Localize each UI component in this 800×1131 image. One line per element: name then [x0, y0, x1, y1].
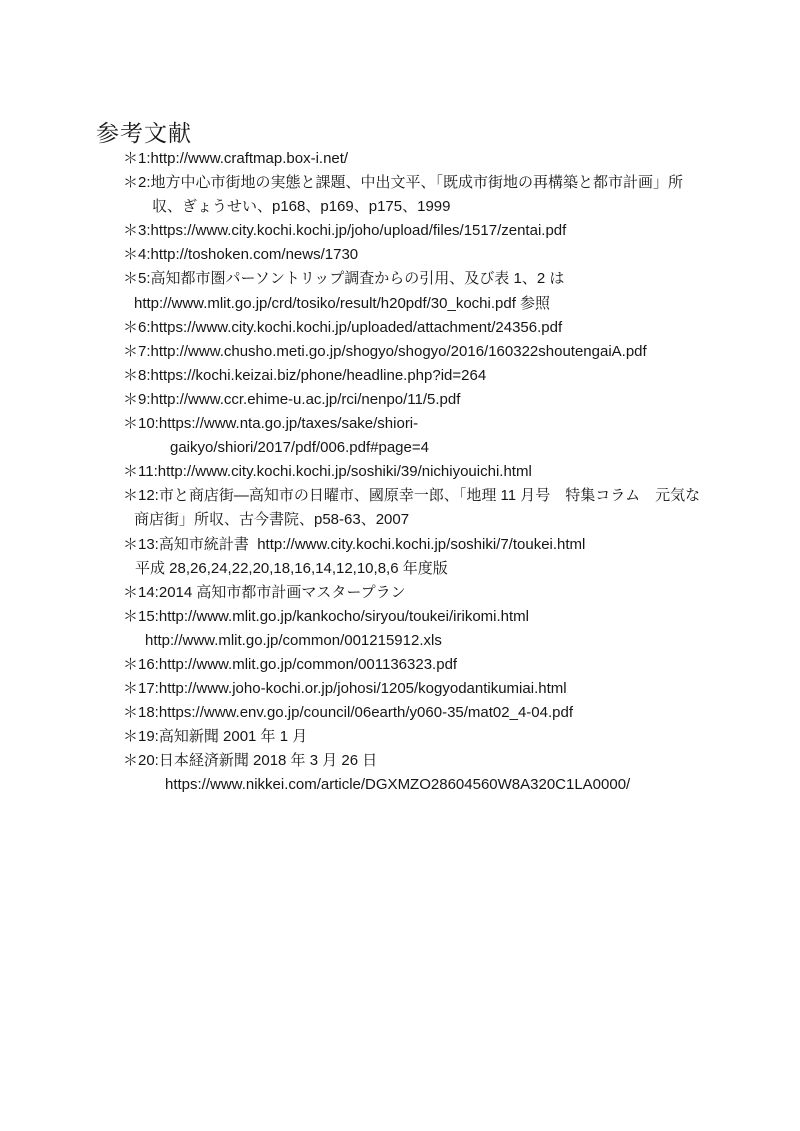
reference-item: ＊17:http://www.joho-kochi.or.jp/johosi/1… — [123, 677, 743, 701]
reference-continuation-line: gaikyo/shiori/2017/pdf/006.pdf#page=4 — [123, 436, 743, 460]
reference-item: ＊7:http://www.chusho.meti.go.jp/shogyo/s… — [123, 340, 743, 364]
reference-entry-line: ＊20:日本経済新聞 2018 年 3 月 26 日 — [123, 749, 743, 773]
reference-continuation-line: 平成 28,26,24,22,20,18,16,14,12,10,8,6 年度版 — [123, 557, 743, 581]
reference-item: ＊11:http://www.city.kochi.kochi.jp/soshi… — [123, 460, 743, 484]
reference-item: ＊8:https://kochi.keizai.biz/phone/headli… — [123, 364, 743, 388]
reference-continuation-line: http://www.mlit.go.jp/common/001215912.x… — [123, 629, 743, 653]
reference-entry-line: ＊15:http://www.mlit.go.jp/kankocho/siryo… — [123, 605, 743, 629]
reference-item: ＊14:2014 高知市都市計画マスタープラン — [123, 581, 743, 605]
reference-continuation-line: 収、ぎょうせい、p168、p169、p175、1999 — [123, 195, 743, 219]
reference-item: ＊2:地方中心市街地の実態と課題、中出文平、「既成市街地の再構築と都市計画」所収… — [123, 171, 743, 219]
reference-entry-line: ＊2:地方中心市街地の実態と課題、中出文平、「既成市街地の再構築と都市計画」所 — [123, 171, 743, 195]
reference-entry-line: ＊19:高知新聞 2001 年 1 月 — [123, 725, 743, 749]
reference-item: ＊12:市と商店街―高知市の日曜市、國原幸一郎、「地理 11 月号 特集コラム … — [123, 484, 743, 532]
reference-continuation-line: https://www.nikkei.com/article/DGXMZO286… — [123, 773, 743, 797]
reference-continuation-line: 商店街」所収、古今書院、p58-63、2007 — [123, 508, 743, 532]
reference-item: ＊19:高知新聞 2001 年 1 月 — [123, 725, 743, 749]
reference-entry-line: ＊14:2014 高知市都市計画マスタープラン — [123, 581, 743, 605]
reference-entry-line: ＊4:http://toshoken.com/news/1730 — [123, 243, 743, 267]
reference-item: ＊5:高知都市圏パーソントリップ調査からの引用、及び表 1、2 はhttp://… — [123, 267, 743, 315]
reference-entry-line: ＊3:https://www.city.kochi.kochi.jp/joho/… — [123, 219, 743, 243]
reference-entry-line: ＊13:高知市統計書 http://www.city.kochi.kochi.j… — [123, 533, 743, 557]
reference-list: ＊1:http://www.craftmap.box-i.net/＊2:地方中心… — [123, 147, 743, 798]
reference-continuation-line: http://www.mlit.go.jp/crd/tosiko/result/… — [123, 292, 743, 316]
reference-item: ＊18:https://www.env.go.jp/council/06eart… — [123, 701, 743, 725]
reference-item: ＊3:https://www.city.kochi.kochi.jp/joho/… — [123, 219, 743, 243]
reference-entry-line: ＊12:市と商店街―高知市の日曜市、國原幸一郎、「地理 11 月号 特集コラム … — [123, 484, 743, 508]
reference-entry-line: ＊7:http://www.chusho.meti.go.jp/shogyo/s… — [123, 340, 743, 364]
reference-entry-line: ＊17:http://www.joho-kochi.or.jp/johosi/1… — [123, 677, 743, 701]
reference-item: ＊6:https://www.city.kochi.kochi.jp/uploa… — [123, 316, 743, 340]
reference-item: ＊1:http://www.craftmap.box-i.net/ — [123, 147, 743, 171]
reference-item: ＊10:https://www.nta.go.jp/taxes/sake/shi… — [123, 412, 743, 460]
reference-entry-line: ＊10:https://www.nta.go.jp/taxes/sake/shi… — [123, 412, 743, 436]
reference-entry-line: ＊1:http://www.craftmap.box-i.net/ — [123, 147, 743, 171]
reference-entry-line: ＊11:http://www.city.kochi.kochi.jp/soshi… — [123, 460, 743, 484]
reference-item: ＊13:高知市統計書 http://www.city.kochi.kochi.j… — [123, 533, 743, 581]
reference-item: ＊20:日本経済新聞 2018 年 3 月 26 日https://www.ni… — [123, 749, 743, 797]
reference-entry-line: ＊5:高知都市圏パーソントリップ調査からの引用、及び表 1、2 は — [123, 267, 743, 291]
reference-entry-line: ＊6:https://www.city.kochi.kochi.jp/uploa… — [123, 316, 743, 340]
reference-item: ＊15:http://www.mlit.go.jp/kankocho/siryo… — [123, 605, 743, 653]
reference-entry-line: ＊8:https://kochi.keizai.biz/phone/headli… — [123, 364, 743, 388]
reference-item: ＊16:http://www.mlit.go.jp/common/0011363… — [123, 653, 743, 677]
page-title: 参考文献 — [96, 118, 192, 148]
document-page: 参考文献 ＊1:http://www.craftmap.box-i.net/＊2… — [0, 0, 800, 1131]
reference-item: ＊9:http://www.ccr.ehime-u.ac.jp/rci/nenp… — [123, 388, 743, 412]
reference-entry-line: ＊18:https://www.env.go.jp/council/06eart… — [123, 701, 743, 725]
reference-item: ＊4:http://toshoken.com/news/1730 — [123, 243, 743, 267]
reference-entry-line: ＊16:http://www.mlit.go.jp/common/0011363… — [123, 653, 743, 677]
reference-entry-line: ＊9:http://www.ccr.ehime-u.ac.jp/rci/nenp… — [123, 388, 743, 412]
